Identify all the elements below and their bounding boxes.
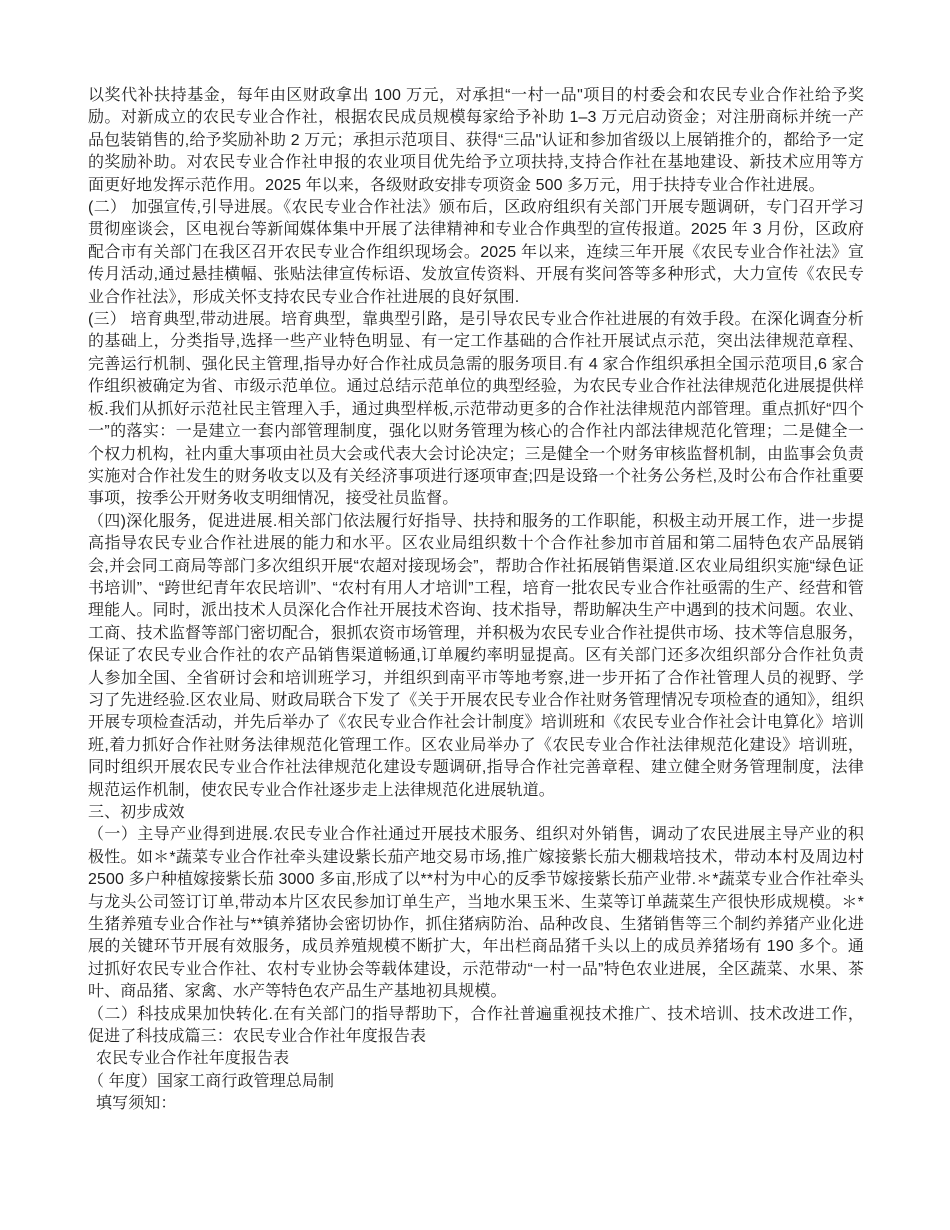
line-report-issuer: （ 年度）国家工商行政管理总局制 bbox=[88, 1071, 864, 1093]
paragraph-deepen-services: （四)深化服务，促进进展.相关部门依法履行好指导、扶持和服务的工作职能，积极主动… bbox=[88, 511, 864, 802]
paragraph-publicity: (二） 加强宣传,引导进展。《农民专业合作社法》颁布后，区政府组织有关部门开展专… bbox=[88, 197, 864, 309]
line-annual-report-title: 农民专业合作社年度报告表 bbox=[88, 1048, 864, 1070]
paragraph-model-cultivation: (三） 培育典型,带动进展。培育典型，靠典型引路，是引导农民专业合作社进展的有效… bbox=[88, 309, 864, 511]
paragraph-funding-support: 以奖代补扶持基金，每年由区财政拿出 100 万元，对承担“一村一品"项目的村委会… bbox=[88, 85, 864, 197]
paragraph-technology-transfer: （二）科技成果加快转化.在有关部门的指导帮助下，合作社普遍重视技术推广、技术培训… bbox=[88, 1004, 864, 1049]
document-page: 以奖代补扶持基金，每年由区财政拿出 100 万元，对承担“一村一品"项目的村委会… bbox=[0, 0, 950, 1230]
line-fill-instructions: 填写须知： bbox=[88, 1093, 864, 1115]
section-heading-initial-results: 三、初步成效 bbox=[88, 802, 864, 824]
paragraph-leading-industry: （一）主导产业得到进展.农民专业合作社通过开展技术服务、组织对外销售，调动了农民… bbox=[88, 824, 864, 1003]
